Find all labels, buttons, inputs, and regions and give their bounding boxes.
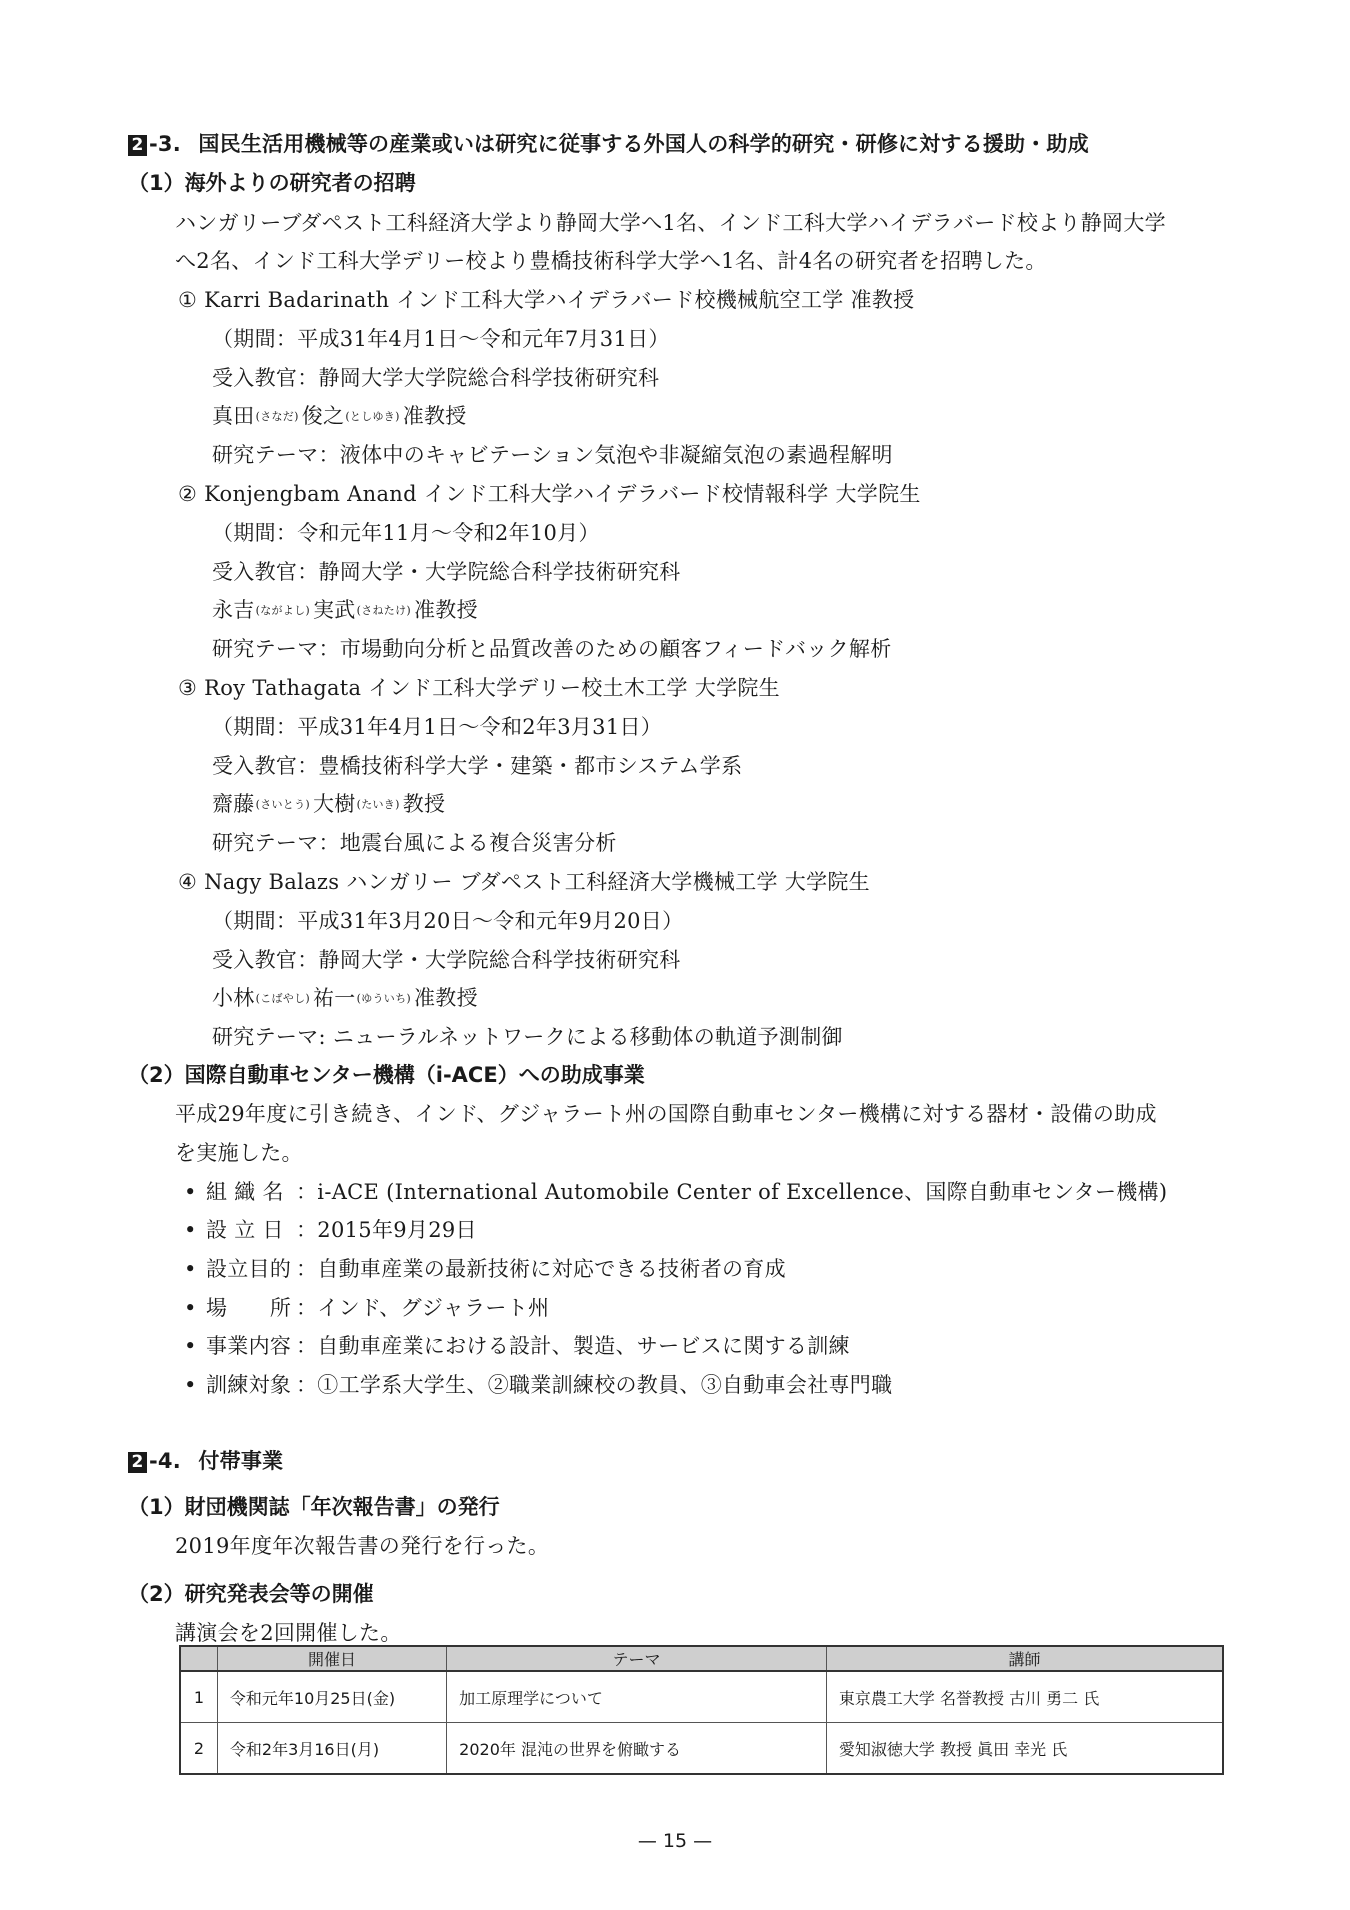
column-header-theme: テーマ xyxy=(447,1646,827,1671)
cell-lecturer: 愛知淑徳大学 教授 眞田 幸光 氏 xyxy=(826,1723,1223,1775)
researcher-header: ④ Nagy Balazs ハンガリー ブダペスト工科経済大学機械工学 大学院生 xyxy=(178,866,870,896)
subsection-heading-iace: （2）国際自動車センター機構（i-ACE）への助成事業 xyxy=(128,1059,645,1089)
page-number: — 15 — xyxy=(0,1830,1350,1852)
cell-theme: 2020年 混沌の世界を俯瞰する xyxy=(447,1723,827,1775)
researcher-header: ③ Roy Tathagata インド工科大学デリー校土木工学 大学院生 xyxy=(178,672,780,702)
list-item: •場 所：インド、グジャラート州 xyxy=(184,1292,549,1322)
column-header-lecturer: 講師 xyxy=(826,1646,1223,1671)
list-item: •組 織 名：i-ACE (International Automobile C… xyxy=(184,1176,1167,1206)
section-number: -4. xyxy=(149,1449,181,1473)
circled-number: ① xyxy=(178,288,197,312)
paragraph-line: 2019年度年次報告書の発行を行った。 xyxy=(175,1530,549,1560)
researcher-name-affiliation: Nagy Balazs ハンガリー ブダペスト工科経済大学機械工学 大学院生 xyxy=(204,870,870,894)
section-badge: 2 xyxy=(128,1452,147,1473)
cell-date: 令和元年10月25日(金) xyxy=(217,1671,446,1723)
researcher-name-affiliation: Karri Badarinath インド工科大学ハイデラバード校機械航空工学 准… xyxy=(204,288,914,312)
column-header-number xyxy=(180,1646,217,1671)
subsection-heading-lectures: （2）研究発表会等の開催 xyxy=(128,1578,374,1608)
paragraph-line: 平成29年度に引き続き、インド、グジャラート州の国際自動車センター機構に対する器… xyxy=(175,1098,1157,1128)
bullet-icon: • xyxy=(184,1218,206,1242)
paragraph-line: ハンガリーブダペスト工科経済大学より静岡大学へ1名、インド工科大学ハイデラバード… xyxy=(175,207,1166,237)
research-theme: 研究テーマ: ニューラルネットワークによる移動体の軌道予測制御 xyxy=(212,1021,843,1051)
document-page: 2-3. 国民生活用機械等の産業或いは研究に従事する外国人の科学的研究・研修に対… xyxy=(0,0,1350,1910)
section-heading-2-3: 2-3. 国民生活用機械等の産業或いは研究に従事する外国人の科学的研究・研修に対… xyxy=(128,128,1089,158)
cell-number: 2 xyxy=(180,1723,217,1775)
researcher-header: ① Karri Badarinath インド工科大学ハイデラバード校機械航空工学… xyxy=(178,284,914,314)
host-faculty: 受入教官：静岡大学大学院総合科学技術研究科 xyxy=(212,362,659,392)
table-row: 1 令和元年10月25日(金) 加工原理学について 東京農工大学 名誉教授 古川… xyxy=(180,1671,1223,1723)
paragraph-line: 講演会を2回開催した。 xyxy=(175,1617,402,1647)
section-heading-2-4: 2-4. 付帯事業 xyxy=(128,1445,283,1475)
host-professor: 小林(こばやし)祐一(ゆういち)准教授 xyxy=(212,982,478,1012)
researcher-period: （期間：平成31年4月1日～令和2年3月31日） xyxy=(212,711,662,741)
research-theme: 研究テーマ：地震台風による複合災害分析 xyxy=(212,827,617,857)
lectures-table: 開催日 テーマ 講師 1 令和元年10月25日(金) 加工原理学について 東京農… xyxy=(179,1645,1224,1775)
researcher-header: ② Konjengbam Anand インド工科大学ハイデラバード校情報科学 大… xyxy=(178,478,921,508)
bullet-icon: • xyxy=(184,1373,206,1397)
circled-number: ② xyxy=(178,482,197,506)
researcher-period: （期間：令和元年11月～令和2年10月） xyxy=(212,517,600,547)
researcher-name-affiliation: Konjengbam Anand インド工科大学ハイデラバード校情報科学 大学院… xyxy=(204,482,921,506)
researcher-name-affiliation: Roy Tathagata インド工科大学デリー校土木工学 大学院生 xyxy=(204,676,780,700)
list-item: •事業内容：自動車産業における設計、製造、サービスに関する訓練 xyxy=(184,1330,850,1360)
list-item: •設立目的：自動車産業の最新技術に対応できる技術者の育成 xyxy=(184,1253,786,1283)
paragraph-line: を実施した。 xyxy=(175,1137,303,1167)
research-theme: 研究テーマ：液体中のキャビテーション気泡や非凝縮気泡の素過程解明 xyxy=(212,439,893,469)
circled-number: ③ xyxy=(178,676,197,700)
host-professor: 真田(さなだ)俊之(としゆき)准教授 xyxy=(212,400,467,430)
bullet-icon: • xyxy=(184,1334,206,1358)
subsection-heading-annual-report: （1）財団機関誌「年次報告書」の発行 xyxy=(128,1491,500,1521)
host-professor: 齋藤(さいとう)大樹(たいき)教授 xyxy=(212,788,445,818)
section-title: 付帯事業 xyxy=(198,1449,283,1473)
cell-lecturer: 東京農工大学 名誉教授 古川 勇二 氏 xyxy=(826,1671,1223,1723)
bullet-icon: • xyxy=(184,1257,206,1281)
section-badge: 2 xyxy=(128,135,147,156)
subsection-heading-invite: （1）海外よりの研究者の招聘 xyxy=(128,167,416,197)
host-professor: 永吉(ながよし)実武(さねたけ)准教授 xyxy=(212,594,478,624)
table-row: 2 令和2年3月16日(月) 2020年 混沌の世界を俯瞰する 愛知淑徳大学 教… xyxy=(180,1723,1223,1775)
list-item: •訓練対象：①工学系大学生、②職業訓練校の教員、③自動車会社専門職 xyxy=(184,1369,892,1399)
cell-date: 令和2年3月16日(月) xyxy=(217,1723,446,1775)
researcher-period: （期間：平成31年4月1日～令和元年7月31日） xyxy=(212,323,670,353)
section-title: 国民生活用機械等の産業或いは研究に従事する外国人の科学的研究・研修に対する援助・… xyxy=(198,132,1088,156)
table-header-row: 開催日 テーマ 講師 xyxy=(180,1646,1223,1671)
section-number: -3. xyxy=(149,132,181,156)
bullet-icon: • xyxy=(184,1296,206,1320)
circled-number: ④ xyxy=(178,870,197,894)
cell-number: 1 xyxy=(180,1671,217,1723)
column-header-date: 開催日 xyxy=(217,1646,446,1671)
cell-theme: 加工原理学について xyxy=(447,1671,827,1723)
host-faculty: 受入教官：静岡大学・大学院総合科学技術研究科 xyxy=(212,556,681,586)
research-theme: 研究テーマ：市場動向分析と品質改善のための顧客フィードバック解析 xyxy=(212,633,892,663)
host-faculty: 受入教官：静岡大学・大学院総合科学技術研究科 xyxy=(212,944,681,974)
bullet-icon: • xyxy=(184,1180,206,1204)
researcher-period: （期間：平成31年3月20日～令和元年9月20日） xyxy=(212,905,683,935)
list-item: •設 立 日：2015年9月29日 xyxy=(184,1214,477,1244)
host-faculty: 受入教官：豊橋技術科学大学・建築・都市システム学系 xyxy=(212,750,742,780)
paragraph-line: へ2名、インド工科大学デリー校より豊橋技術科学大学へ1名、計4名の研究者を招聘し… xyxy=(175,245,1047,275)
